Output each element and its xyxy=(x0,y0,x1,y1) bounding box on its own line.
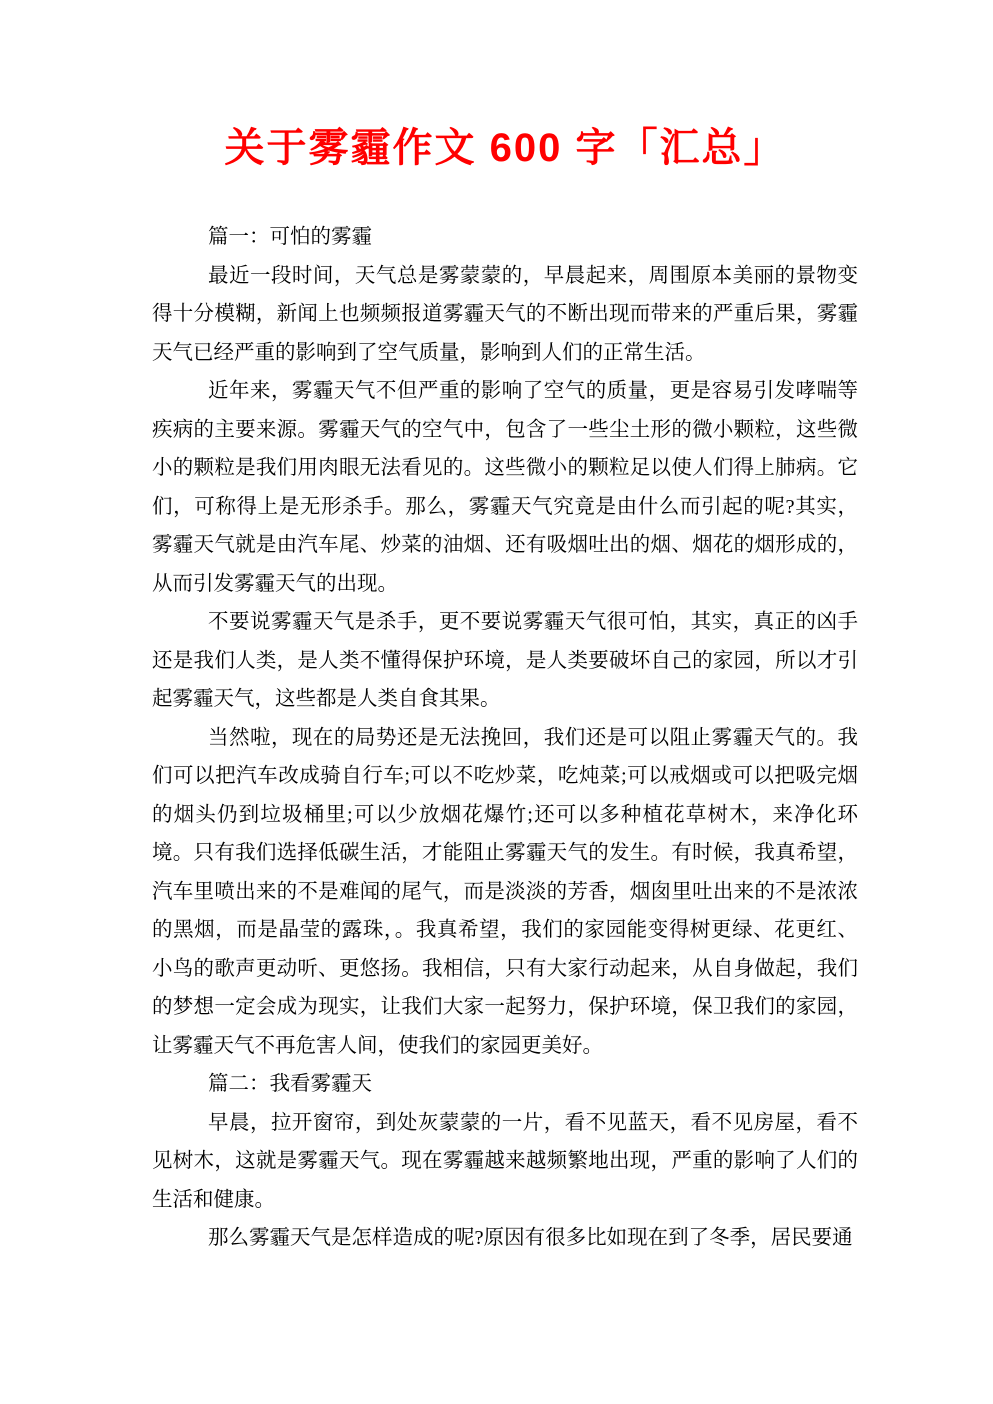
paragraph: 最近一段时间，天气总是雾蒙蒙的，早晨起来，周围原本美丽的景物变得十分模糊，新闻上… xyxy=(152,257,858,373)
document-page: 关于雾霾作文 600 字「汇总」 篇一：可怕的雾霾 最近一段时间，天气总是雾蒙蒙… xyxy=(0,0,993,1404)
section-one: 篇一：可怕的雾霾 最近一段时间，天气总是雾蒙蒙的，早晨起来，周围原本美丽的景物变… xyxy=(152,218,858,1065)
paragraph: 早晨，拉开窗帘，到处灰蒙蒙的一片，看不见蓝天，看不见房屋，看不见树木，这就是雾霾… xyxy=(152,1104,858,1220)
paragraph: 近年来，雾霾天气不但严重的影响了空气的质量，更是容易引发哮喘等疾病的主要来源。雾… xyxy=(152,372,858,603)
document-content: 关于雾霾作文 600 字「汇总」 篇一：可怕的雾霾 最近一段时间，天气总是雾蒙蒙… xyxy=(152,118,858,1258)
paragraph: 不要说雾霾天气是杀手，更不要说雾霾天气很可怕，其实，真正的凶手还是我们人类，是人… xyxy=(152,603,858,719)
paragraph: 当然啦，现在的局势还是无法挽回，我们还是可以阻止雾霾天气的。我们可以把汽车改成骑… xyxy=(152,719,858,1066)
section-two-heading: 篇二：我看雾霾天 xyxy=(152,1065,858,1104)
page-title: 关于雾霾作文 600 字「汇总」 xyxy=(152,118,858,178)
essay-body: 篇一：可怕的雾霾 最近一段时间，天气总是雾蒙蒙的，早晨起来，周围原本美丽的景物变… xyxy=(152,218,858,1258)
section-one-heading: 篇一：可怕的雾霾 xyxy=(152,218,858,257)
paragraph: 那么雾霾天气是怎样造成的呢?原因有很多比如现在到了冬季，居民要通 xyxy=(152,1219,858,1258)
section-two: 篇二：我看雾霾天 早晨，拉开窗帘，到处灰蒙蒙的一片，看不见蓝天，看不见房屋，看不… xyxy=(152,1065,858,1258)
